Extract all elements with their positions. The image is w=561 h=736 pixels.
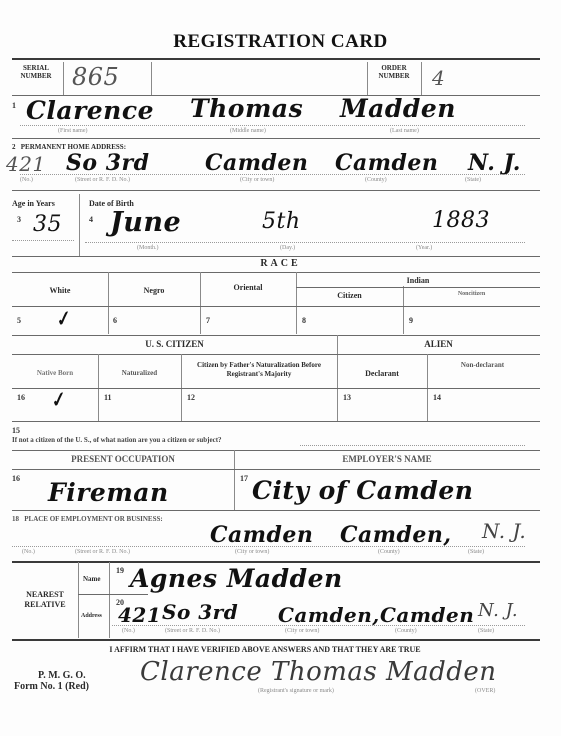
relative-address-label: Address xyxy=(81,613,102,619)
employment-place-label-wrap: 18 PLACE OF EMPLOYMENT OR BUSINESS: xyxy=(12,515,163,523)
last-name-caption: (Last name) xyxy=(390,128,419,134)
middle-name-caption: (Middle name) xyxy=(230,128,266,134)
field-19-number: 19 xyxy=(116,566,124,575)
affirmation-text: I AFFIRM THAT I HAVE VERIFIED ABOVE ANSW… xyxy=(0,645,530,654)
order-number-value: 4 xyxy=(432,66,445,90)
relative-address-number: 421 xyxy=(118,603,161,627)
field-12-number: 12 xyxy=(187,393,195,402)
employment-caption-city: (City or town) xyxy=(235,549,269,555)
first-name-value: Clarence xyxy=(26,96,154,125)
employer-heading: EMPLOYER'S NAME xyxy=(234,454,540,464)
serial-number-label: SERIAL NUMBER xyxy=(13,64,59,80)
relative-caption-state: (State) xyxy=(478,628,494,634)
field-7-number: 7 xyxy=(206,316,210,325)
order-number-label: ORDER NUMBER xyxy=(372,64,416,80)
field-1-number: 1 xyxy=(12,101,16,110)
race-heading: RACE xyxy=(0,258,561,269)
relative-caption-no: (No.) xyxy=(122,628,135,634)
us-citizen-heading: U. S. CITIZEN xyxy=(12,339,337,349)
race-indian-label: Indian xyxy=(296,276,540,285)
race-oriental-label: Oriental xyxy=(200,283,296,292)
address-county-value: Camden xyxy=(335,150,438,176)
field-17-number: 17 xyxy=(240,474,248,483)
nearest-relative-label: NEAREST RELATIVE xyxy=(12,590,78,610)
relative-name-value: Agnes Madden xyxy=(130,564,343,593)
employer-value: City of Camden xyxy=(252,476,473,505)
birth-year-caption: (Year.) xyxy=(416,245,432,251)
native-born-mark[interactable]: ✓ xyxy=(47,388,69,413)
age-value: 35 xyxy=(33,212,62,237)
address-caption-state: (State) xyxy=(465,177,481,183)
relative-name-label: Name xyxy=(83,575,101,583)
employment-caption-county: (County) xyxy=(378,549,400,555)
occupation-heading: PRESENT OCCUPATION xyxy=(12,454,234,464)
address-caption-street: (Street or R. F. D. No.) xyxy=(75,177,130,183)
fathers-naturalization-label: Citizen by Father's Naturalization Befor… xyxy=(185,361,333,379)
race-indian-noncitizen-label: Noncitizen xyxy=(403,291,540,297)
birth-day-caption: (Day.) xyxy=(280,245,295,251)
field-15-number: 15 xyxy=(12,426,20,435)
birth-month-caption: (Month.) xyxy=(137,245,159,251)
birth-year-value: 1883 xyxy=(432,208,490,233)
field-3-number: 3 xyxy=(17,215,21,224)
address-number-value: 421 xyxy=(6,152,46,176)
field-11-number: 11 xyxy=(104,393,112,402)
race-white-mark[interactable]: ✓ xyxy=(52,307,74,332)
address-street-value: So 3rd xyxy=(66,150,150,176)
race-indian-citizen-label: Citizen xyxy=(296,291,403,300)
race-white-label: White xyxy=(12,286,108,295)
field-16-number: 16 xyxy=(12,474,20,483)
relative-address-state: N. J. xyxy=(478,600,518,621)
employment-caption-street: (Street or R. F. D. No.) xyxy=(75,549,130,555)
field-4-number: 4 xyxy=(89,215,93,224)
form-number-label: Form No. 1 (Red) xyxy=(14,681,89,692)
address-city-value: Camden xyxy=(205,150,308,176)
field-2-number: 2 xyxy=(12,143,16,151)
relative-address-street: So 3rd xyxy=(162,600,238,624)
middle-name-value: Thomas xyxy=(190,94,303,123)
race-negro-label: Negro xyxy=(108,286,200,295)
q15-question: If not a citizen of the U. S., of what n… xyxy=(12,436,222,444)
registrant-signature: Clarence Thomas Madden xyxy=(140,657,497,687)
native-born-label: Native Born xyxy=(12,369,98,377)
field-13-number: 13 xyxy=(343,393,351,402)
non-declarant-label: Non-declarant xyxy=(435,361,530,370)
address-caption-county: (County) xyxy=(365,177,387,183)
naturalized-label: Naturalized xyxy=(98,369,181,377)
relative-address-city: Camden, xyxy=(278,603,380,627)
field-5-number: 5 xyxy=(17,316,21,325)
relative-caption-city: (City or town) xyxy=(285,628,319,634)
address-caption-no: (No.) xyxy=(20,177,33,183)
field-9-number: 9 xyxy=(409,316,413,325)
field-14-number: 14 xyxy=(433,393,441,402)
age-label: Age in Years xyxy=(12,199,55,208)
first-name-caption: (First name) xyxy=(58,128,88,134)
pmgo-label: P. M. G. O. xyxy=(38,670,86,681)
employment-place-label: PLACE OF EMPLOYMENT OR BUSINESS: xyxy=(24,515,162,523)
relative-caption-county: (County) xyxy=(395,628,417,634)
relative-caption-street: (Street or R. F. D. No.) xyxy=(165,628,220,634)
declarant-label: Declarant xyxy=(337,369,427,378)
field-6-number: 6 xyxy=(113,316,117,325)
serial-number-value: 865 xyxy=(72,63,119,91)
address-state-value: N. J. xyxy=(468,150,521,176)
field-10-number: 16 xyxy=(17,393,25,402)
employment-caption-no: (No.) xyxy=(22,549,35,555)
over-label: (OVER) xyxy=(475,688,495,694)
employment-county-value: Camden, xyxy=(340,522,452,548)
relative-address-county: Camden xyxy=(380,603,474,627)
address-caption-city: (City or town) xyxy=(240,177,274,183)
signature-caption: (Registrant's signature or mark) xyxy=(258,688,334,694)
birth-month-value: June xyxy=(110,207,181,238)
field-8-number: 8 xyxy=(302,316,306,325)
employment-state-value: N. J. xyxy=(482,519,526,543)
occupation-value: Fireman xyxy=(48,478,169,507)
birth-day-value: 5th xyxy=(262,209,301,234)
card-title: REGISTRATION CARD xyxy=(0,31,561,53)
alien-heading: ALIEN xyxy=(337,339,540,349)
employment-city-value: Camden xyxy=(210,522,313,548)
field-18-number: 18 xyxy=(12,515,19,523)
employment-caption-state: (State) xyxy=(468,549,484,555)
last-name-value: Madden xyxy=(340,94,456,123)
